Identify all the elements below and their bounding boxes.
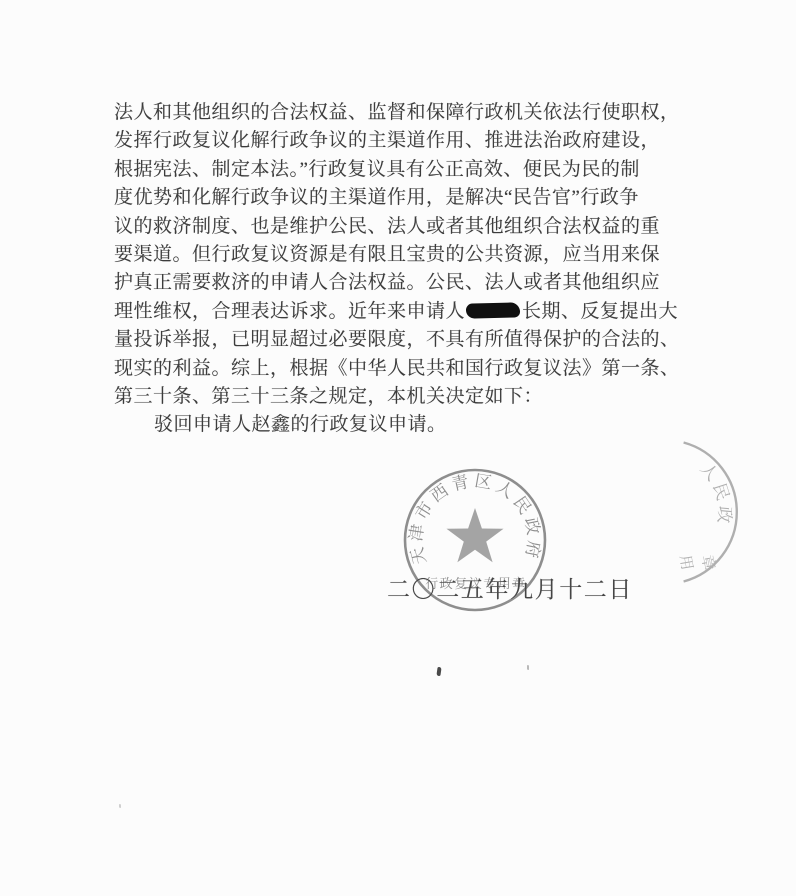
document-body: 法人和其他组织的合法权益、监督和保障行政机关依法行使职权， 发挥行政复议化解行政… — [114, 99, 680, 440]
text-line: 现实的利益。综上，根据《中华人民共和国行政复议法》第一条、 — [114, 355, 680, 383]
text-line: 议的救济制度、也是维护公民、法人或者其他组织合法权益的重 — [114, 213, 680, 241]
scan-artifact-mark — [436, 667, 441, 676]
text-line: 第三十条、第三十三条之规定，本机关决定如下： — [114, 383, 680, 411]
text-line: 法人和其他组织的合法权益、监督和保障行政机关依法行使职权， — [114, 99, 680, 127]
scan-artifact-mark — [119, 804, 121, 808]
text-after-redaction: 长期、反复提出大 — [522, 301, 678, 322]
text-line: 量投诉举报，已明显超过必要限度，不具有所值得保护的合法的、 — [114, 326, 680, 354]
scanned-document-page: 法人和其他组织的合法权益、监督和保障行政机关依法行使职权， 发挥行政复议化解行政… — [0, 0, 796, 896]
document-date: 二〇二五年九月十二日 — [387, 571, 633, 604]
text-line-with-redaction: 理性维权，合理表达诉求。近年来申请人长期、反复提出大 — [114, 298, 680, 326]
scan-artifact-mark — [527, 665, 529, 670]
text-line: 护真正需要救济的申请人合法权益。公民、法人或者其他组织应 — [114, 269, 680, 297]
partial-seal-arc-text: 人民政府 — [580, 420, 735, 528]
redaction-mark — [466, 302, 520, 318]
partial-seal-side-text: 用章 — [676, 554, 720, 579]
seal-star-icon — [447, 508, 504, 562]
text-line: 度优势和化解行政争议的主渠道作用，是解决“民告官”行政争 — [114, 184, 680, 212]
official-seal: 天津市西青区人民政府 行政复议专用章 — [375, 440, 575, 640]
text-line: 要渠道。但行政复议资源是有限且宝贵的公共资源，应当用来保 — [114, 241, 680, 269]
text-line: 根据宪法、制定本法。”行政复议具有公正高效、便民为民的制 — [114, 156, 680, 184]
text-before-redaction: 理性维权，合理表达诉求。近年来申请人 — [114, 301, 465, 322]
text-line: 发挥行政复议化解行政争议的主渠道作用、推进法治政府建设， — [114, 127, 680, 155]
